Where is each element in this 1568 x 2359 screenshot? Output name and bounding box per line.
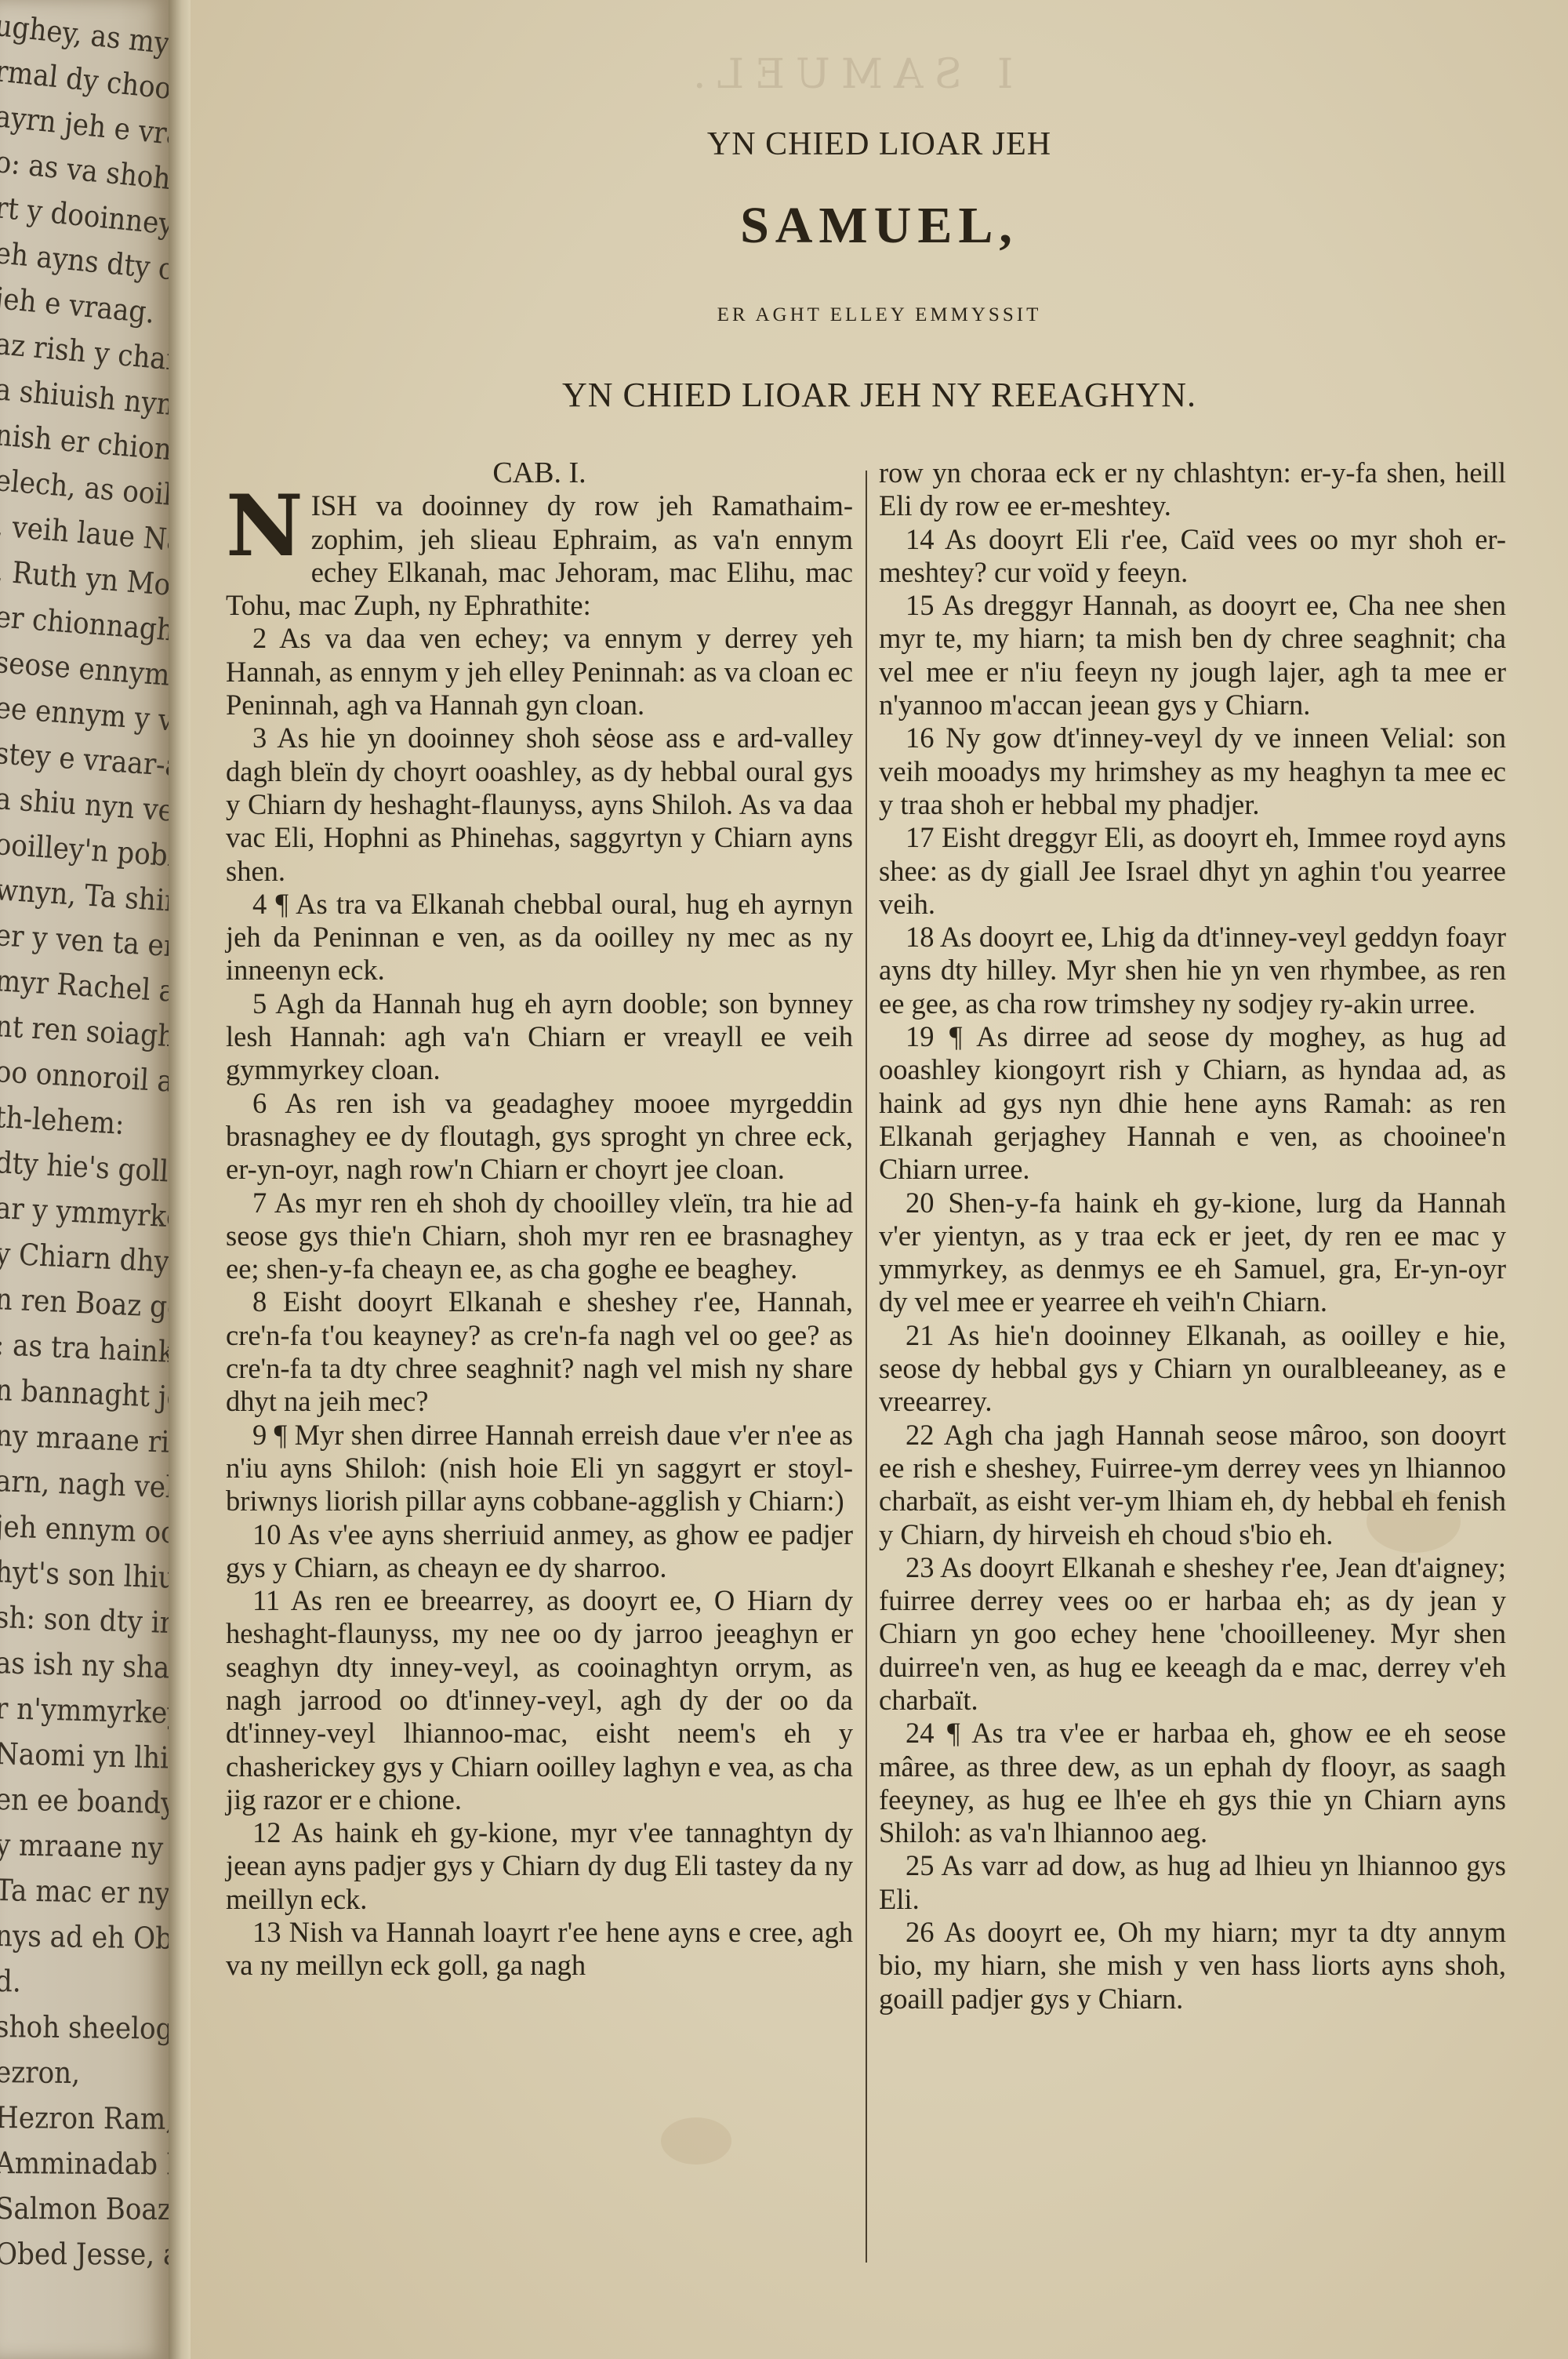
previous-page-text-fragment: Salmon Boaz, as hoo [0, 2191, 169, 2227]
verse: 17 Eisht dreggyr Eli, as dooyrt eh, Imme… [879, 821, 1506, 921]
verse-text: As dooyrt ee, Lhig da dt'inney-veyl gedd… [879, 921, 1506, 1020]
previous-page-text-fragment: th-lehem: [0, 1100, 125, 1141]
verse: 12 As haink eh gy-kione, myr v'ee tannag… [226, 1816, 853, 1916]
verse: 10 As v'ee ayns sherriuid anmey, as ghow… [226, 1518, 853, 1585]
verse-text: Eisht dreggyr Eli, as dooyrt eh, Immee r… [879, 821, 1506, 920]
verse-number: 2 [252, 622, 279, 654]
verse: 3 As hie yn dooinney shoh sėose ass e ar… [226, 722, 853, 887]
previous-page-text-fragment: myr Rachel as my [0, 963, 169, 1012]
previous-page-text-fragment: oo onnoroil ayns Ep [0, 1054, 169, 1103]
verse-list-right: row yn choraa eck er ny chlashtyn: er-y-… [879, 456, 1506, 2016]
previous-page-text-fragment: r n'ymmyrkey eh. [0, 1691, 169, 1732]
previous-page-text-fragment: ezron, [0, 2055, 80, 2090]
verse: 22 Agh cha jagh Hannah seose mâroo, son … [879, 1419, 1506, 1551]
verse-text: As haink eh gy-kione, myr v'ee tannaghty… [226, 1816, 853, 1915]
verse: 16 Ny gow dt'inney-veyl dy ve inneen Vel… [879, 722, 1506, 821]
verse-number: 12 [252, 1816, 292, 1848]
verse: 8 Eisht dooyrt Elkanah e sheshey r'ee, H… [226, 1285, 853, 1418]
verse-number: 11 [252, 1584, 291, 1616]
previous-page-text-fragment: Naomi yn lhiannoo [0, 1736, 169, 1777]
book-subtitle: ER AGHT ELLEY EMMYSSIT [191, 304, 1568, 326]
verse-text: row yn choraa eck er ny chlashtyn: er-y-… [879, 456, 1506, 522]
verse-number: 7 [252, 1187, 274, 1219]
verse: 14 As dooyrt Eli r'ee, Caïd vees oo myr … [879, 523, 1506, 590]
verse: 7 As myr ren eh shoh dy chooilley vleïn,… [226, 1187, 853, 1286]
book-title-line1: YN CHIED LIOAR JEH [191, 125, 1568, 163]
previous-page-text-fragment: , Ruth yn Moabites [0, 554, 169, 609]
verse-number: 26 [906, 1916, 944, 1948]
previous-page-text-fragment: y Chiarn dhyt je [0, 1236, 169, 1281]
previous-page-text-fragment: ar y ymmyrkey da [0, 1190, 169, 1238]
previous-page-text-fragment: wnyn, Ta shin fea [0, 872, 169, 922]
verse-text: As varr ad dow, as hug ad lhieu yn lhian… [879, 1849, 1506, 1914]
verse-text: As hie'n dooinney Elkanah, as ooilley e … [879, 1319, 1506, 1418]
previous-page-text-fragment: nys ad eh Obed: e [0, 1918, 169, 1957]
previous-page-text-fragment: en ee boandyrys eh. [0, 1782, 169, 1823]
verse-number: 16 [906, 722, 946, 754]
previous-page-text-fragment: nt ren soiaghey se [0, 1009, 169, 1058]
verse: 19 ¶ As dirree ad seose dy moghey, as hu… [879, 1020, 1506, 1186]
verse-text: Nish va Hannah loayrt r'ee hene ayns e c… [226, 1916, 853, 1981]
verse-number: 5 [252, 987, 275, 1020]
previous-page-text-fragment: ny mraane rish Naom [0, 1418, 169, 1464]
previous-page-text-fragment: n ren Boaz goaill R [0, 1281, 169, 1328]
verse: 18 As dooyrt ee, Lhig da dt'inney-veyl g… [879, 921, 1506, 1020]
verse-text: As tra v'ee er harbaa eh, ghow ee eh seo… [879, 1717, 1506, 1848]
verse: 24 ¶ As tra v'ee er harbaa eh, ghow ee e… [879, 1717, 1506, 1849]
verse-number: 13 [252, 1916, 289, 1948]
previous-page-text-fragment: arn, nagh vel dt' a [0, 1463, 169, 1507]
verse-text: As v'ee ayns sherriuid anmey, as ghow ee… [226, 1518, 853, 1583]
previous-page-text-fragment: d. [0, 1964, 21, 1998]
verse-text: As dooyrt Eli r'ee, Caïd vees oo myr sho… [879, 523, 1506, 588]
drop-cap: N [226, 494, 303, 558]
verse-text: Eisht dooyrt Elkanah e sheshey r'ee, Han… [226, 1285, 853, 1417]
column-rule [866, 471, 867, 2263]
verse-text: As dooyrt Elkanah e sheshey r'ee, Jean d… [879, 1551, 1506, 1716]
verse-list-left: NISH va dooinney dy row jeh Ramathaim-zo… [226, 489, 853, 1982]
verse-number: 10 [252, 1518, 288, 1550]
verse: 26 As dooyrt ee, Oh my hiarn; myr ta dty… [879, 1916, 1506, 2016]
verse: 4 ¶ As tra va Elkanah chebbal oural, hug… [226, 888, 853, 987]
verse: 20 Shen-y-fa haink eh gy-kione, lurg da … [879, 1187, 1506, 1319]
verse-text: ISH va dooinney dy row jeh Ramathaim-zop… [226, 489, 853, 621]
verse-text: As hie yn dooinney shoh sėose ass e ard-… [226, 722, 853, 886]
previous-page-text-fragment: n bannaght jee dy [0, 1372, 169, 1417]
left-text-column: CAB. I. NISH va dooinney dy row jeh Rama… [226, 456, 853, 1983]
verse-text: As myr ren eh shoh dy chooilley vleïn, t… [226, 1187, 853, 1285]
verse-number: 8 [252, 1285, 283, 1318]
verse-number: 3 [252, 722, 277, 754]
book-title-samuel: SAMUEL, [191, 196, 1568, 256]
verse-number: 20 [906, 1187, 948, 1219]
previous-page-text-fragment: jeh ennym ooasle a [0, 1509, 169, 1553]
verse-text: As dooyrt ee, Oh my hiarn; myr ta dty an… [879, 1916, 1506, 2015]
previous-page-text-fragment: ughey, as myd [0, 8, 169, 62]
previous-page-text-fragment: : as tra haink ad co [0, 1327, 169, 1373]
previous-page-text-fragment: er y ven ta er jee [0, 918, 169, 966]
verse: 25 As varr ad dow, as hug ad lhieu yn lh… [879, 1849, 1506, 1916]
verse: 13 Nish va Hannah loayrt r'ee hene ayns … [226, 1916, 853, 1983]
previous-page-text-fragment: Obed Jesse, as hoo [0, 2237, 169, 2272]
verse-text: As dreggyr Hannah, as dooyrt ee, Cha nee… [879, 589, 1506, 721]
verse: 21 As hie'n dooinney Elkanah, as ooilley… [879, 1319, 1506, 1419]
verse-number: 19 ¶ [906, 1020, 976, 1052]
verse-text: Agh da Hannah hug eh ayrn dooble; son by… [226, 987, 853, 1086]
verse-number: 21 [906, 1319, 948, 1351]
previous-page-text-fragment: , veih laue Naomi. [0, 508, 169, 563]
previous-page-text-fragment: stey e vraar-aghyn, [0, 736, 169, 789]
previous-page-text-fragment: a shiu nyn veanish [0, 781, 169, 833]
verse: 15 As dreggyr Hannah, as dooyrt ee, Cha … [879, 589, 1506, 722]
previous-page-text-fragment: ooilley'n pobble v [0, 827, 169, 877]
verse-text: Shen-y-fa haink eh gy-kione, lurg da Han… [879, 1187, 1506, 1318]
verse-text: Ny gow dt'inney-veyl dy ve inneen Velial… [879, 722, 1506, 820]
previous-page-text-fragment: ee ennym y varroo [0, 690, 169, 743]
verse: 5 Agh da Hannah hug eh ayrn dooble; son … [226, 987, 853, 1087]
verse-number: 24 ¶ [906, 1717, 971, 1749]
previous-page-text-fragment: Ta mac er ny ru [0, 1873, 169, 1911]
verse-number: 18 [906, 921, 940, 953]
bleed-through-header: I SAMUEL. [682, 51, 1013, 98]
verse: 2 As va daa ven echey; va ennym y derrey… [226, 622, 853, 722]
right-text-column: row yn choraa eck er ny chlashtyn: er-y-… [879, 456, 1506, 2016]
previous-page-text-fragment: sh: son dty inneen- [0, 1600, 169, 1642]
previous-page-text-fragment: Hezron Ram, as hoo [0, 2100, 169, 2137]
verse-text: As ren ee breearrey, as dooyrt ee, O Hia… [226, 1584, 853, 1816]
verse: 9 ¶ Myr shen dirree Hannah erreish daue … [226, 1419, 853, 1518]
verse-text: As tra va Elkanah chebbal oural, hug eh … [226, 888, 853, 987]
previous-page-text-fragment: y mraane ny naboo [0, 1827, 169, 1867]
previous-page-text-fragment: Amminadab Nashon, a [0, 2146, 169, 2182]
chapter-heading: CAB. I. [226, 456, 853, 489]
verse-number: 17 [906, 821, 942, 853]
verse-number: 15 [906, 589, 942, 621]
verse-number: 4 ¶ [252, 888, 296, 920]
previous-page-edge: ughey, as mydrmal dy chooilleyayrn jeh e… [0, 0, 169, 2359]
verse-number: 6 [252, 1087, 285, 1119]
verse-text: As ren ish va geadaghey mooee myrgeddin … [226, 1087, 853, 1186]
verse-text: Agh cha jagh Hannah seose mâroo, son doo… [879, 1419, 1506, 1550]
previous-page-text-fragment: jeh e vraag. [0, 281, 156, 330]
previous-page-text-fragment: shoh sheelogheyn P [0, 2009, 169, 2047]
previous-page-text-fragment: dty hie's goll r [0, 1145, 169, 1190]
verse-number: 14 [906, 523, 945, 555]
verse-text: Myr shen dirree Hannah erreish daue v'er… [226, 1419, 853, 1518]
book-alt-title: YN CHIED LIOAR JEH NY REEAGHYN. [191, 375, 1568, 415]
paper-stain [661, 2117, 731, 2165]
verse-number: 22 [906, 1419, 944, 1451]
verse-number: 23 [906, 1551, 940, 1583]
verse-number: 9 ¶ [252, 1419, 295, 1451]
verse: NISH va dooinney dy row jeh Ramathaim-zo… [226, 489, 853, 622]
verse: 23 As dooyrt Elkanah e sheshey r'ee, Jea… [879, 1551, 1506, 1717]
verse: row yn choraa eck er ny chlashtyn: er-y-… [879, 456, 1506, 523]
previous-page-text-fragment: as ish ny share d [0, 1645, 169, 1687]
book-gutter [169, 0, 191, 2359]
verse: 11 As ren ee breearrey, as dooyrt ee, O … [226, 1584, 853, 1816]
verse: 6 As ren ish va geadaghey mooee myrgeddi… [226, 1087, 853, 1187]
verse-text: As va daa ven echey; va ennym y derrey y… [226, 622, 853, 721]
previous-page-text-fragment: hyt's son lhiurid bea [0, 1554, 169, 1598]
previous-page-text-fragment: er chionnaghey dy [0, 599, 169, 653]
verse-number: 25 [906, 1849, 941, 1881]
